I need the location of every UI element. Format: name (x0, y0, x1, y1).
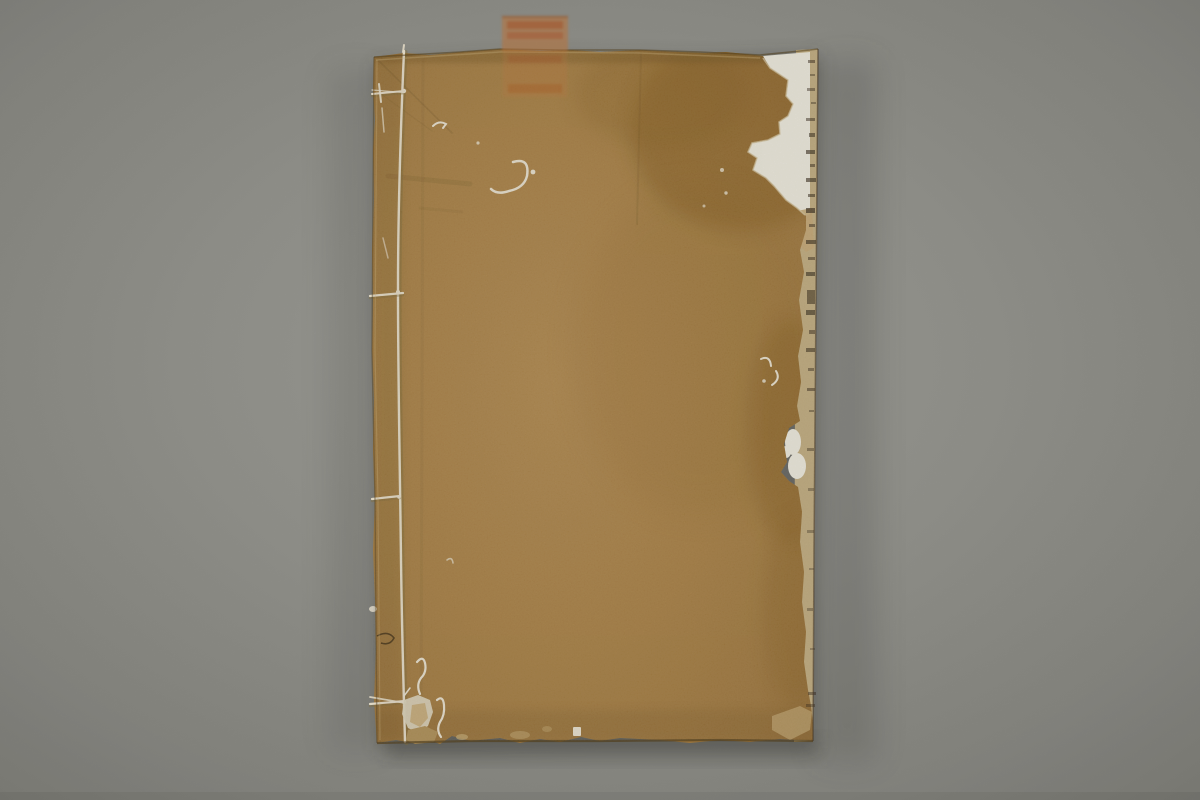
photo-canvas (0, 0, 1200, 800)
photo-grain (0, 0, 1200, 800)
book-photograph (0, 0, 1200, 800)
